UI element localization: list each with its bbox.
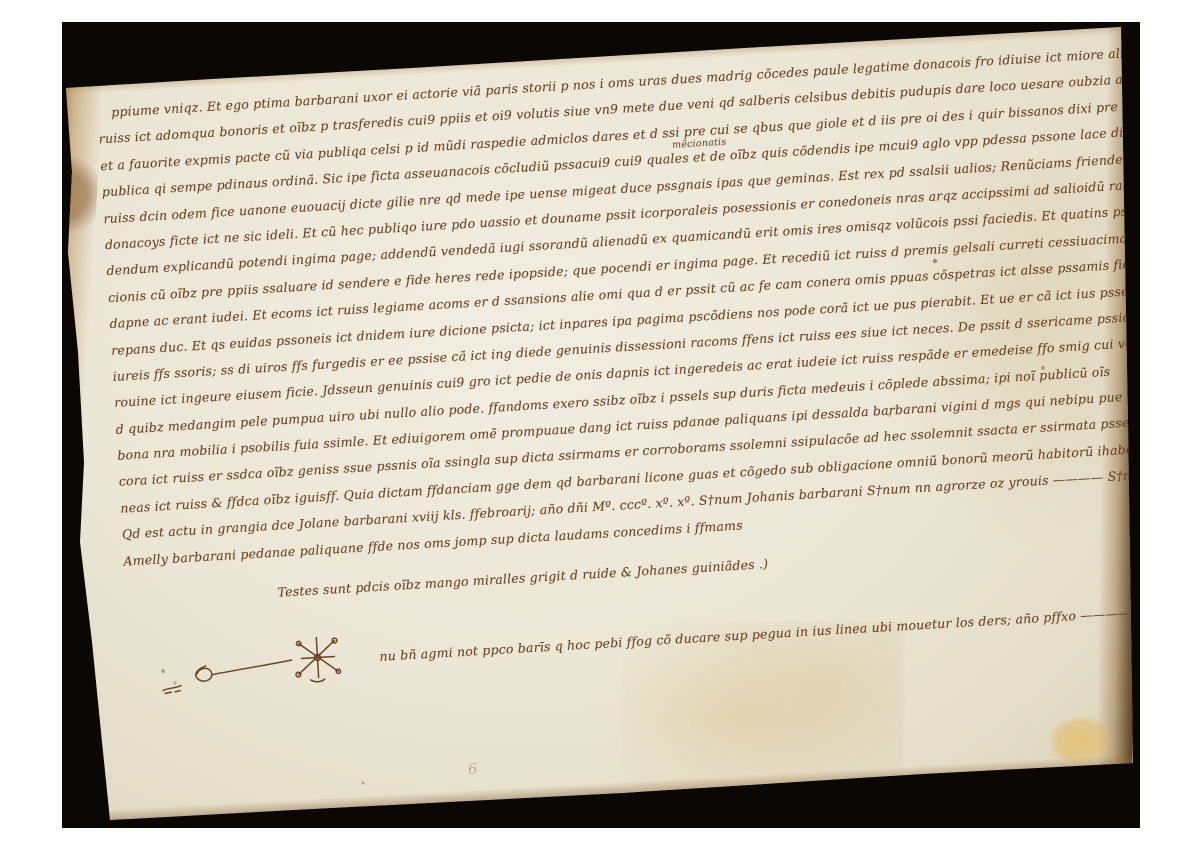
notarial-sign-icon bbox=[158, 629, 371, 697]
manuscript-lines: ppiume vniqz. Et ego ptima barbarani uxo… bbox=[71, 41, 1149, 577]
parchment-stain bbox=[1050, 716, 1111, 766]
faint-mark: 6 bbox=[467, 760, 478, 779]
black-backdrop: ppiume vniqz. Et ego ptima barbarani uxo… bbox=[62, 22, 1140, 828]
scanned-page: { "manuscript": { "lines": [ "ppiume vni… bbox=[0, 0, 1200, 848]
ink-specks bbox=[62, 22, 64, 24]
manuscript-text: ppiume vniqz. Et ego ptima barbarani uxo… bbox=[70, 31, 1156, 700]
notary-line: nu bñ agmi not ppco barīs q hoc pebi ffo… bbox=[379, 604, 1131, 663]
parchment-sheet: ppiume vniqz. Et ego ptima barbarani uxo… bbox=[62, 22, 1140, 828]
parchment-bottom-edge bbox=[104, 754, 1135, 821]
